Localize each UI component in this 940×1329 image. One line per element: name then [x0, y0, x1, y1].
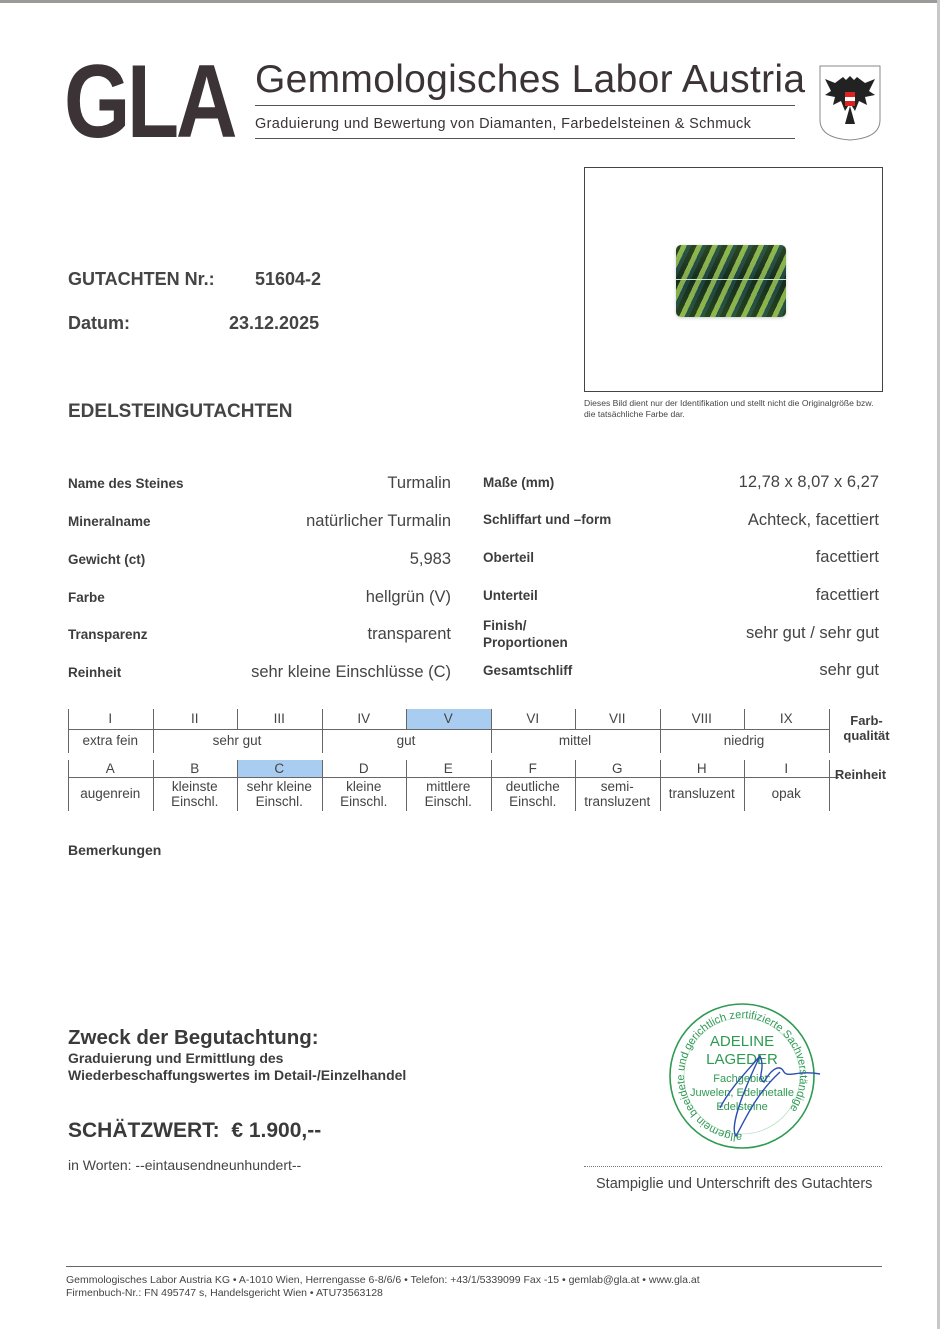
- svg-text:ADELINE: ADELINE: [710, 1033, 774, 1050]
- svg-text:Fachgebiet:: Fachgebiet:: [713, 1073, 770, 1085]
- prop-value: 12,78 x 8,07 x 6,27: [739, 473, 879, 492]
- clarity-description: opak: [744, 786, 829, 801]
- clarity-grade-cell: F: [491, 760, 576, 777]
- appraiser-stamp-icon: allgemein beeidete und gerichtlich zerti…: [660, 998, 825, 1153]
- color-group-label: mittel: [491, 733, 660, 748]
- color-scale-title: Farb- qualität: [837, 713, 897, 743]
- photo-disclaimer: Dieses Bild dient nur der Identifikation…: [584, 398, 884, 420]
- prop-value: Turmalin: [387, 474, 451, 493]
- purpose-title: Zweck der Begutachtung:: [68, 1026, 319, 1050]
- prop-label: Mineralname: [68, 514, 151, 529]
- signature-caption: Stampiglie und Unterschrift des Gutachte…: [596, 1176, 872, 1192]
- clarity-scale-title: Reinheit: [831, 767, 891, 782]
- divider: [406, 760, 407, 811]
- color-grade-cell: VII: [575, 709, 660, 729]
- clarity-grade-cell: I: [744, 760, 829, 777]
- prop-value: sehr gut: [819, 661, 879, 680]
- valuation: SCHÄTZWERT: € 1.900,--: [68, 1119, 321, 1143]
- lab-name: Gemmologisches Labor Austria: [255, 60, 805, 99]
- color-grade-cell: IV: [322, 709, 407, 729]
- gla-logo: GLA: [64, 50, 234, 154]
- divider: [68, 729, 829, 730]
- color-grade-cell: II: [153, 709, 238, 729]
- prop-value: sehr kleine Einschlüsse (C): [251, 663, 451, 682]
- clarity-grade-cell: A: [68, 760, 153, 777]
- signature-line: [584, 1166, 882, 1167]
- clarity-grade-cell: G: [575, 760, 660, 777]
- color-grade-cell: VI: [491, 709, 576, 729]
- footer-address: Gemmologisches Labor Austria KG • A-1010…: [66, 1274, 700, 1287]
- date-label: Datum:: [68, 313, 130, 334]
- divider: [153, 729, 154, 753]
- divider: [744, 760, 745, 811]
- gem-photo: [676, 245, 786, 317]
- header-rule-bottom: [255, 138, 795, 139]
- report-number-label: GUTACHTEN Nr.:: [68, 269, 215, 290]
- color-group-label: sehr gut: [153, 733, 322, 748]
- report-number: 51604-2: [255, 269, 321, 290]
- clarity-description: mittlere Einschl.: [406, 779, 491, 809]
- color-grade-cell: V: [406, 709, 491, 729]
- divider: [153, 709, 154, 729]
- color-grade-cell: I: [68, 709, 153, 729]
- gem-photo-frame: [584, 167, 883, 392]
- prop-value: 5,983: [410, 550, 451, 569]
- prop-value: facettiert: [816, 586, 879, 605]
- divider: [744, 709, 745, 729]
- footer: Gemmologisches Labor Austria KG • A-1010…: [66, 1274, 700, 1300]
- color-grade-cell: VIII: [660, 709, 745, 729]
- report-date: 23.12.2025: [229, 313, 319, 334]
- prop-value: natürlicher Turmalin: [306, 512, 451, 531]
- prop-value: hellgrün (V): [366, 588, 451, 607]
- header-rule-top: [255, 105, 795, 106]
- prop-value: sehr gut / sehr gut: [746, 624, 879, 643]
- color-group-label: extra fein: [68, 733, 153, 748]
- valuation-label: SCHÄTZWERT:: [68, 1119, 220, 1142]
- color-group-label: niedrig: [660, 733, 829, 748]
- prop-value: transparent: [368, 625, 451, 644]
- divider: [68, 777, 839, 778]
- prop-label: Maße (mm): [483, 475, 554, 490]
- prop-label: Name des Steines: [68, 476, 184, 491]
- divider: [829, 760, 830, 811]
- color-grade-cell: III: [237, 709, 322, 729]
- divider: [68, 709, 69, 729]
- clarity-description: semi- transluzent: [575, 779, 660, 809]
- purpose-text: Graduierung und Ermittlung des Wiederbes…: [68, 1050, 406, 1084]
- remarks-label: Bemerkungen: [68, 842, 161, 858]
- clarity-description: deutliche Einschl.: [491, 779, 576, 809]
- clarity-grade-cell: D: [322, 760, 407, 777]
- divider: [491, 729, 492, 753]
- prop-label: Finish/ Proportionen: [483, 617, 593, 651]
- document-type: EDELSTEINGUTACHTEN: [68, 401, 292, 423]
- scan-top-edge: [0, 0, 940, 3]
- divider: [322, 729, 323, 753]
- valuation-amount: € 1.900,--: [231, 1119, 321, 1142]
- prop-label: Oberteil: [483, 550, 534, 565]
- divider: [575, 709, 576, 729]
- prop-label: Gewicht (ct): [68, 552, 145, 567]
- austrian-eagle-crest-icon: [815, 62, 885, 142]
- clarity-grade-cell: C: [237, 760, 322, 777]
- clarity-description: kleine Einschl.: [322, 779, 407, 809]
- prop-label: Schliffart und –form: [483, 512, 611, 527]
- svg-text:Edelsteine: Edelsteine: [716, 1101, 767, 1113]
- divider: [660, 760, 661, 811]
- svg-text:LAGEDER: LAGEDER: [706, 1051, 778, 1068]
- clarity-grade-cell: H: [660, 760, 745, 777]
- divider: [829, 709, 830, 729]
- prop-label: Farbe: [68, 590, 105, 605]
- clarity-description: transluzent: [660, 786, 745, 801]
- divider: [491, 709, 492, 729]
- divider: [575, 760, 576, 811]
- divider: [491, 760, 492, 811]
- divider: [406, 709, 407, 729]
- purpose-line: Graduierung und Ermittlung des: [68, 1050, 406, 1067]
- divider: [829, 729, 830, 753]
- divider: [237, 760, 238, 811]
- divider: [660, 709, 661, 729]
- divider: [237, 709, 238, 729]
- divider: [68, 760, 69, 811]
- color-grade-cell: IX: [744, 709, 829, 729]
- divider: [660, 729, 661, 753]
- footer-registry: Firmenbuch-Nr.: FN 495747 s, Handelsgeri…: [66, 1287, 700, 1300]
- divider: [322, 760, 323, 811]
- divider: [68, 729, 69, 753]
- color-group-label: gut: [322, 733, 491, 748]
- clarity-grade-cell: B: [153, 760, 238, 777]
- clarity-description: sehr kleine Einschl.: [237, 779, 322, 809]
- divider: [322, 709, 323, 729]
- prop-label: Transparenz: [68, 627, 148, 642]
- prop-label: Unterteil: [483, 588, 538, 603]
- prop-label: Reinheit: [68, 665, 121, 680]
- divider: [153, 760, 154, 811]
- prop-label: Gesamtschliff: [483, 663, 572, 678]
- purpose-line: Wiederbeschaffungswertes im Detail-/Einz…: [68, 1067, 406, 1084]
- clarity-grade-cell: E: [406, 760, 491, 777]
- prop-value: facettiert: [816, 548, 879, 567]
- clarity-description: augenrein: [68, 786, 153, 801]
- prop-value: Achteck, facettiert: [748, 511, 879, 530]
- footer-rule: [66, 1266, 882, 1267]
- lab-subtitle: Graduierung und Bewertung von Diamanten,…: [255, 116, 751, 132]
- valuation-in-words: in Worten: --eintausendneunhundert--: [68, 1157, 301, 1173]
- clarity-description: kleinste Einschl.: [153, 779, 238, 809]
